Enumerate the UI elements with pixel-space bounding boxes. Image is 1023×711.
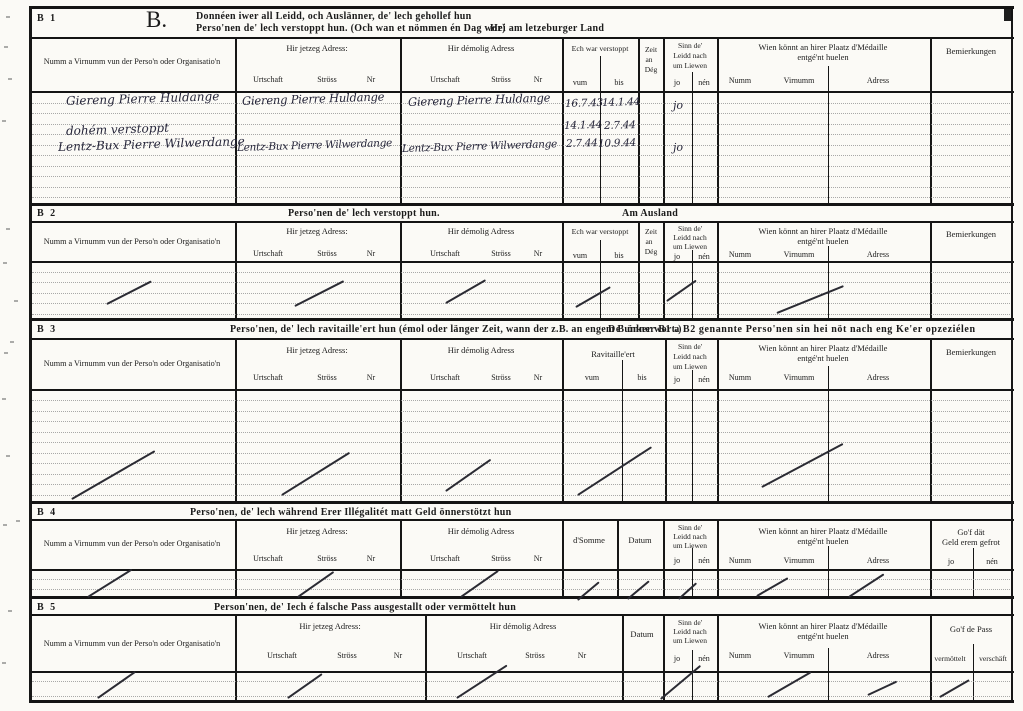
- b3-col-jetzeg-nr: Nr: [367, 374, 375, 382]
- dotted-guide-line: [32, 579, 1010, 580]
- strike-mark: [756, 577, 788, 596]
- dotted-guide-line: [32, 400, 1010, 401]
- b1-col-demolig-adress: Hir démolig Adress: [448, 44, 515, 53]
- b1-col-zeit-1: Zeit: [645, 46, 657, 54]
- vertical-rule: [622, 360, 623, 501]
- b2-col-jo: jo: [674, 253, 680, 261]
- b5-col-jetzeg-nr: Nr: [394, 652, 402, 660]
- vertical-rule: [665, 338, 667, 501]
- b2-col-nen: nén: [698, 253, 710, 261]
- b2-col-verstoppt: Ech war verstoppt: [572, 228, 629, 236]
- b1-row1-name: Giereng Pierre Huldange: [66, 90, 220, 107]
- b1-row1-demolig: Giereng Pierre Huldange: [408, 93, 551, 109]
- b1-col-jetzeg-stross: Ströss: [317, 76, 337, 84]
- b2-col-wien-2: entgé'nt huelen: [797, 237, 848, 246]
- dotted-guide-line: [32, 293, 1010, 294]
- b2-col-jetzeg-adress: Hir jetzeg Adress:: [286, 227, 347, 236]
- b3-col-nen: nén: [698, 376, 710, 384]
- vertical-rule: [663, 37, 665, 203]
- vertical-rule: [400, 338, 402, 501]
- vertical-rule: [930, 614, 932, 700]
- b3-col-demolig-urtschaft: Urtschaft: [430, 374, 460, 382]
- b3-col-demolig-stross: Ströss: [491, 374, 511, 382]
- b4-col-adress: Adress: [867, 557, 889, 565]
- b4-col-jo: jo: [674, 557, 680, 565]
- horizontal-rule: [30, 596, 1014, 599]
- dotted-guide-line: [32, 463, 1010, 464]
- vertical-rule: [235, 614, 237, 700]
- b1-col-wien-1: Wien könnt an hirer Plaatz d'Médaille: [759, 43, 888, 52]
- b4-col-nen: nén: [698, 557, 710, 565]
- vertical-rule: [930, 338, 932, 501]
- b5-col-wien-1: Wien könnt an hirer Plaatz d'Médaille: [759, 622, 888, 631]
- b5-col-demolig-stross: Ströss: [525, 652, 545, 660]
- b2-col-zeit-1: Zeit: [645, 228, 657, 236]
- strike-mark: [460, 570, 499, 598]
- horizontal-rule: [30, 614, 1014, 616]
- dotted-guide-line: [32, 134, 1010, 135]
- vertical-rule: [235, 338, 237, 501]
- dotted-guide-line: [32, 589, 1010, 590]
- scan-artifact: [2, 120, 6, 122]
- dotted-guide-line: [32, 166, 1010, 167]
- b5-col-sinn-2: Leidd nach: [673, 628, 707, 636]
- section-b1-title-location: Hei am letzeburger Land: [490, 24, 604, 34]
- section-b4-id: B 4: [37, 508, 57, 518]
- b4-col-geld-nen: nén: [986, 558, 998, 566]
- b4-col-sinn-1: Sinn de': [678, 524, 702, 532]
- b1-row3-bis: 10.9.44: [598, 138, 636, 150]
- b4-col-numm: Numm: [729, 557, 751, 565]
- strike-mark: [848, 573, 884, 597]
- section-b2-title-location: Am Ausland: [622, 209, 678, 219]
- scan-artifact: [4, 46, 8, 48]
- b2-col-demolig-nr: Nr: [534, 250, 542, 258]
- b1-col-jetzeg-adress: Hir jetzeg Adress:: [286, 44, 347, 53]
- b4-col-wien-2: entgé'nt huelen: [797, 537, 848, 546]
- vertical-rule: [425, 614, 427, 700]
- b3-col-virnumm: Virnumm: [784, 374, 815, 382]
- strike-mark: [776, 285, 843, 313]
- b4-col-demolig-adress: Hir démolig Adress: [448, 527, 515, 536]
- b1-col-name: Numm a Virnumm vun der Perso'n oder Orga…: [44, 58, 221, 66]
- vertical-rule: [663, 519, 665, 596]
- b1-col-verstoppt: Ech war verstoppt: [572, 45, 629, 53]
- vertical-rule: [29, 6, 32, 703]
- section-b1-id: B 1: [37, 14, 57, 24]
- horizontal-rule: [30, 389, 1014, 391]
- dotted-guide-line: [32, 124, 1010, 125]
- b5-col-name: Numm a Virnumm vun der Perso'n oder Orga…: [44, 640, 221, 648]
- b5-col-jetzeg-urtschaft: Urtschaft: [267, 652, 297, 660]
- b4-col-geld-2: Geld erem gefrot: [942, 538, 1000, 547]
- b1-col-zeit-2: an: [645, 56, 652, 64]
- b4-col-virnumm: Virnumm: [784, 557, 815, 565]
- b5-col-demolig-adress: Hir démolig Adress: [490, 622, 557, 631]
- b3-col-bis: bis: [637, 374, 646, 382]
- b3-col-wien-2: entgé'nt huelen: [797, 354, 848, 363]
- b5-col-demolig-urtschaft: Urtschaft: [457, 652, 487, 660]
- b2-col-numm: Numm: [729, 251, 751, 259]
- b2-col-demolig-adress: Hir démolig Adress: [448, 227, 515, 236]
- horizontal-rule: [30, 261, 1014, 263]
- b2-col-adress: Adress: [867, 251, 889, 259]
- b2-col-zeit-3: Dég: [645, 248, 658, 256]
- b4-col-datum: Datum: [628, 536, 651, 545]
- scan-artifact: [8, 610, 12, 612]
- b1-row1-alive: jo: [673, 100, 683, 111]
- b2-col-demolig-stross: Ströss: [491, 250, 511, 258]
- horizontal-rule: [30, 6, 1014, 9]
- dotted-guide-line: [32, 303, 1010, 304]
- horizontal-rule: [30, 37, 1014, 39]
- b1-col-bemierkungen: Bemierkungen: [946, 47, 996, 56]
- vertical-rule: [692, 370, 693, 501]
- scan-artifact: [6, 16, 10, 18]
- b2-col-name: Numm a Virnumm vun der Perso'n oder Orga…: [44, 238, 221, 246]
- vertical-rule: [562, 519, 564, 596]
- scan-artifact: [3, 524, 7, 526]
- strike-mark: [575, 286, 610, 307]
- b4-col-wien-1: Wien könnt an hirer Plaatz d'Médaille: [759, 527, 888, 536]
- scan-artifact: [16, 520, 20, 522]
- b1-col-sinn-2: Leidd nach: [673, 52, 707, 60]
- section-b5-id: B 5: [37, 603, 57, 613]
- horizontal-rule: [30, 569, 1014, 571]
- strike-mark: [97, 671, 136, 699]
- horizontal-rule: [30, 671, 1014, 673]
- b4-col-geld-jo: jo: [948, 558, 954, 566]
- b4-col-name: Numm a Virnumm vun der Perso'n oder Orga…: [44, 540, 221, 548]
- dotted-guide-line: [32, 421, 1010, 422]
- vertical-rule: [638, 37, 640, 203]
- b1-col-numm: Numm: [729, 77, 751, 85]
- b3-col-sinn-2: Leidd nach: [673, 353, 707, 361]
- horizontal-rule: [30, 203, 1014, 206]
- b2-col-zeit-2: an: [645, 238, 652, 246]
- dotted-guide-line: [32, 282, 1010, 283]
- vertical-rule: [1011, 6, 1013, 703]
- scan-artifact: [4, 352, 8, 354]
- dotted-guide-line: [32, 272, 1010, 273]
- dotted-guide-line: [32, 176, 1010, 177]
- b5-col-wien-2: entgé'nt huelen: [797, 632, 848, 641]
- b2-col-sinn-1: Sinn de': [678, 225, 702, 233]
- scan-artifact: [3, 262, 7, 264]
- scanned-form-page: B 1 B. Donnéen iwer all Leidd, och Auslä…: [0, 0, 1023, 711]
- vertical-rule: [828, 366, 829, 501]
- section-b2-title: Perso'nen de' lech verstoppt hun.: [288, 209, 440, 219]
- b3-col-sinn-3: um Liewen: [673, 363, 707, 371]
- b2-col-jetzeg-urtschaft: Urtschaft: [253, 250, 283, 258]
- b5-col-adress: Adress: [867, 652, 889, 660]
- b1-col-vum: vum: [573, 79, 587, 87]
- b2-col-sinn-3: um Liewen: [673, 243, 707, 251]
- b3-col-vum: vum: [585, 374, 599, 382]
- b1-col-jetzeg-urtschaft: Urtschaft: [253, 76, 283, 84]
- b1-col-virnumm: Virnumm: [784, 77, 815, 85]
- b3-col-ravitailleert: Ravitaille'ert: [591, 350, 635, 359]
- b5-col-sinn-3: um Liewen: [673, 637, 707, 645]
- section-b1-big-letter: B.: [146, 8, 167, 31]
- b4-col-jetzeg-stross: Ströss: [317, 555, 337, 563]
- vertical-rule: [717, 37, 719, 203]
- strike-mark: [297, 571, 334, 598]
- b1-row1-bis: 14.1.44: [602, 97, 640, 109]
- horizontal-rule: [30, 338, 1014, 340]
- b5-col-vermottelt: vermöttelt: [934, 655, 965, 663]
- dotted-guide-line: [32, 113, 1010, 114]
- b1-col-nen: nén: [698, 79, 710, 87]
- b5-col-jo: jo: [674, 655, 680, 663]
- section-b1-title-line1: Donnéen iwer all Leidd, och Auslänner, d…: [196, 12, 472, 22]
- b4-col-geld-1: Go'f dät: [957, 528, 984, 537]
- b1-row1-vum: 16.7.43: [565, 98, 603, 110]
- vertical-rule: [717, 338, 719, 501]
- vertical-rule: [692, 250, 693, 318]
- b5-col-datum: Datum: [630, 630, 653, 639]
- scan-artifact: [8, 78, 12, 80]
- b1-col-demolig-stross: Ströss: [491, 76, 511, 84]
- b1-col-jo: jo: [674, 79, 680, 87]
- vertical-rule: [663, 614, 665, 700]
- section-b3-title-note: De' önner B1 a B2 genannte Perso'nen sin…: [608, 325, 976, 335]
- b1-col-adress: Adress: [867, 77, 889, 85]
- dotted-guide-line: [32, 155, 1010, 156]
- strike-mark: [87, 569, 132, 598]
- b5-col-verschaft: verschäft: [979, 655, 1007, 663]
- dotted-guide-line: [32, 453, 1010, 454]
- b2-col-sinn-2: Leidd nach: [673, 234, 707, 242]
- b3-col-jo: jo: [674, 376, 680, 384]
- b1-col-bis: bis: [614, 79, 623, 87]
- b1-col-zeit-3: Dég: [645, 66, 658, 74]
- vertical-rule: [930, 37, 932, 203]
- strike-mark: [767, 671, 811, 697]
- b5-col-sinn-1: Sinn de': [678, 619, 702, 627]
- dotted-guide-line: [32, 411, 1010, 412]
- dotted-guide-line: [32, 187, 1010, 188]
- b5-col-virnumm: Virnumm: [784, 652, 815, 660]
- dotted-guide-line: [32, 484, 1010, 485]
- b1-col-sinn-1: Sinn de': [678, 42, 702, 50]
- b1-col-wien-2: entgé'nt huelen: [797, 53, 848, 62]
- b5-col-demolig-nr: Nr: [578, 652, 586, 660]
- vertical-rule: [717, 614, 719, 700]
- b3-col-jetzeg-stross: Ströss: [317, 374, 337, 382]
- dotted-guide-line: [32, 696, 1010, 697]
- scan-artifact: [2, 662, 6, 664]
- section-b3-id: B 3: [37, 325, 57, 335]
- b1-col-demolig-nr: Nr: [534, 76, 542, 84]
- horizontal-rule: [30, 318, 1014, 321]
- b1-row3-name: Lentz-Bux Pierre Wilwerdange: [58, 135, 245, 153]
- vertical-rule: [717, 519, 719, 596]
- scan-artifact: [6, 228, 10, 230]
- dotted-guide-line: [32, 681, 1010, 682]
- scan-artifact-corner: [1004, 8, 1013, 21]
- vertical-rule: [692, 650, 693, 700]
- b1-row3-jetzeg: Lentz-Bux Pierre Wilwerdange: [237, 138, 392, 153]
- b1-col-demolig-urtschaft: Urtschaft: [430, 76, 460, 84]
- horizontal-rule: [30, 519, 1014, 521]
- b1-row2-vum: 14.1.44: [564, 120, 602, 132]
- vertical-rule: [235, 519, 237, 596]
- b2-col-bis: bis: [614, 252, 623, 260]
- horizontal-rule: [30, 221, 1014, 223]
- b4-col-sinn-2: Leidd nach: [673, 533, 707, 541]
- b3-col-demolig-nr: Nr: [534, 374, 542, 382]
- vertical-rule: [973, 644, 974, 700]
- vertical-rule: [600, 240, 601, 318]
- b3-col-numm: Numm: [729, 374, 751, 382]
- b4-col-jetzeg-adress: Hir jetzeg Adress:: [286, 527, 347, 536]
- strike-mark: [867, 681, 897, 696]
- dotted-guide-line: [32, 474, 1010, 475]
- b5-col-jetzeg-stross: Ströss: [337, 652, 357, 660]
- b2-col-jetzeg-stross: Ströss: [317, 250, 337, 258]
- dotted-guide-line: [32, 314, 1010, 315]
- vertical-rule: [235, 37, 237, 203]
- b2-col-jetzeg-nr: Nr: [367, 250, 375, 258]
- b3-col-adress: Adress: [867, 374, 889, 382]
- b3-col-jetzeg-urtschaft: Urtschaft: [253, 374, 283, 382]
- b5-col-numm: Numm: [729, 652, 751, 660]
- b4-col-dsomme: d'Somme: [573, 536, 605, 545]
- scan-artifact: [2, 398, 6, 400]
- b1-col-jetzeg-nr: Nr: [367, 76, 375, 84]
- b1-row2-bis: 2.7.44: [604, 120, 636, 131]
- vertical-rule: [562, 338, 564, 501]
- horizontal-rule: [30, 501, 1014, 504]
- scan-artifact: [10, 341, 14, 343]
- b4-col-jetzeg-nr: Nr: [367, 555, 375, 563]
- vertical-rule: [400, 519, 402, 596]
- b1-col-sinn-3: um Liewen: [673, 62, 707, 70]
- b5-col-jetzeg-adress: Hir jetzeg Adress:: [299, 622, 360, 631]
- vertical-rule: [828, 648, 829, 700]
- b1-row3-vum: 2.7.44: [566, 138, 598, 149]
- section-b5-title: Person'nen, de' Iech é falsche Pass ausg…: [214, 603, 516, 613]
- b3-col-demolig-adress: Hir démolig Adress: [448, 346, 515, 355]
- b5-col-nen: nén: [698, 655, 710, 663]
- b1-row2-name: dohém verstoppt: [66, 122, 169, 137]
- b4-col-demolig-urtschaft: Urtschaft: [430, 555, 460, 563]
- b5-col-pass: Go'f de Pass: [950, 625, 992, 634]
- vertical-rule: [692, 72, 693, 203]
- b2-col-virnumm: Virnumm: [784, 251, 815, 259]
- b3-col-sinn-1: Sinn de': [678, 343, 702, 351]
- section-b1-title-line2: Perso'nen de' lech verstoppt hun. (Och w…: [196, 24, 506, 34]
- b3-col-jetzeg-adress: Hir jetzeg Adress:: [286, 346, 347, 355]
- vertical-rule: [617, 519, 619, 596]
- section-b2-id: B 2: [37, 209, 57, 219]
- b2-col-vum: vum: [573, 252, 587, 260]
- scan-artifact: [6, 455, 10, 457]
- b1-row3-alive: jo: [673, 142, 683, 153]
- b1-row3-demolig: Lentz-Bux Pierre Wilwerdange: [402, 139, 557, 154]
- scan-artifact: [14, 300, 18, 302]
- horizontal-rule: [30, 700, 1014, 703]
- b4-col-demolig-nr: Nr: [534, 555, 542, 563]
- b4-col-jetzeg-urtschaft: Urtschaft: [253, 555, 283, 563]
- b4-col-sinn-3: um Liewen: [673, 542, 707, 550]
- dotted-guide-line: [32, 197, 1010, 198]
- strike-mark: [761, 443, 843, 488]
- vertical-rule: [930, 519, 932, 596]
- strike-mark: [287, 673, 322, 698]
- b2-col-wien-1: Wien könnt an hirer Plaatz d'Médaille: [759, 227, 888, 236]
- b1-row1-jetzeg: Giereng Pierre Huldange: [242, 92, 385, 108]
- dotted-guide-line: [32, 495, 1010, 496]
- b2-col-demolig-urtschaft: Urtschaft: [430, 250, 460, 258]
- dotted-guide-line: [32, 432, 1010, 433]
- dotted-guide-line: [32, 442, 1010, 443]
- b3-col-name: Numm a Virnumm vun der Perso'n oder Orga…: [44, 360, 221, 368]
- section-b4-title: Perso'nen, de' lech während Erer Illégal…: [190, 508, 512, 518]
- b2-col-bemierkungen: Bemierkungen: [946, 230, 996, 239]
- b3-col-wien-1: Wien könnt an hirer Plaatz d'Médaille: [759, 344, 888, 353]
- b4-col-demolig-stross: Ströss: [491, 555, 511, 563]
- vertical-rule: [400, 37, 402, 203]
- vertical-rule: [622, 614, 624, 700]
- b3-col-bemierkungen: Bemierkungen: [946, 348, 996, 357]
